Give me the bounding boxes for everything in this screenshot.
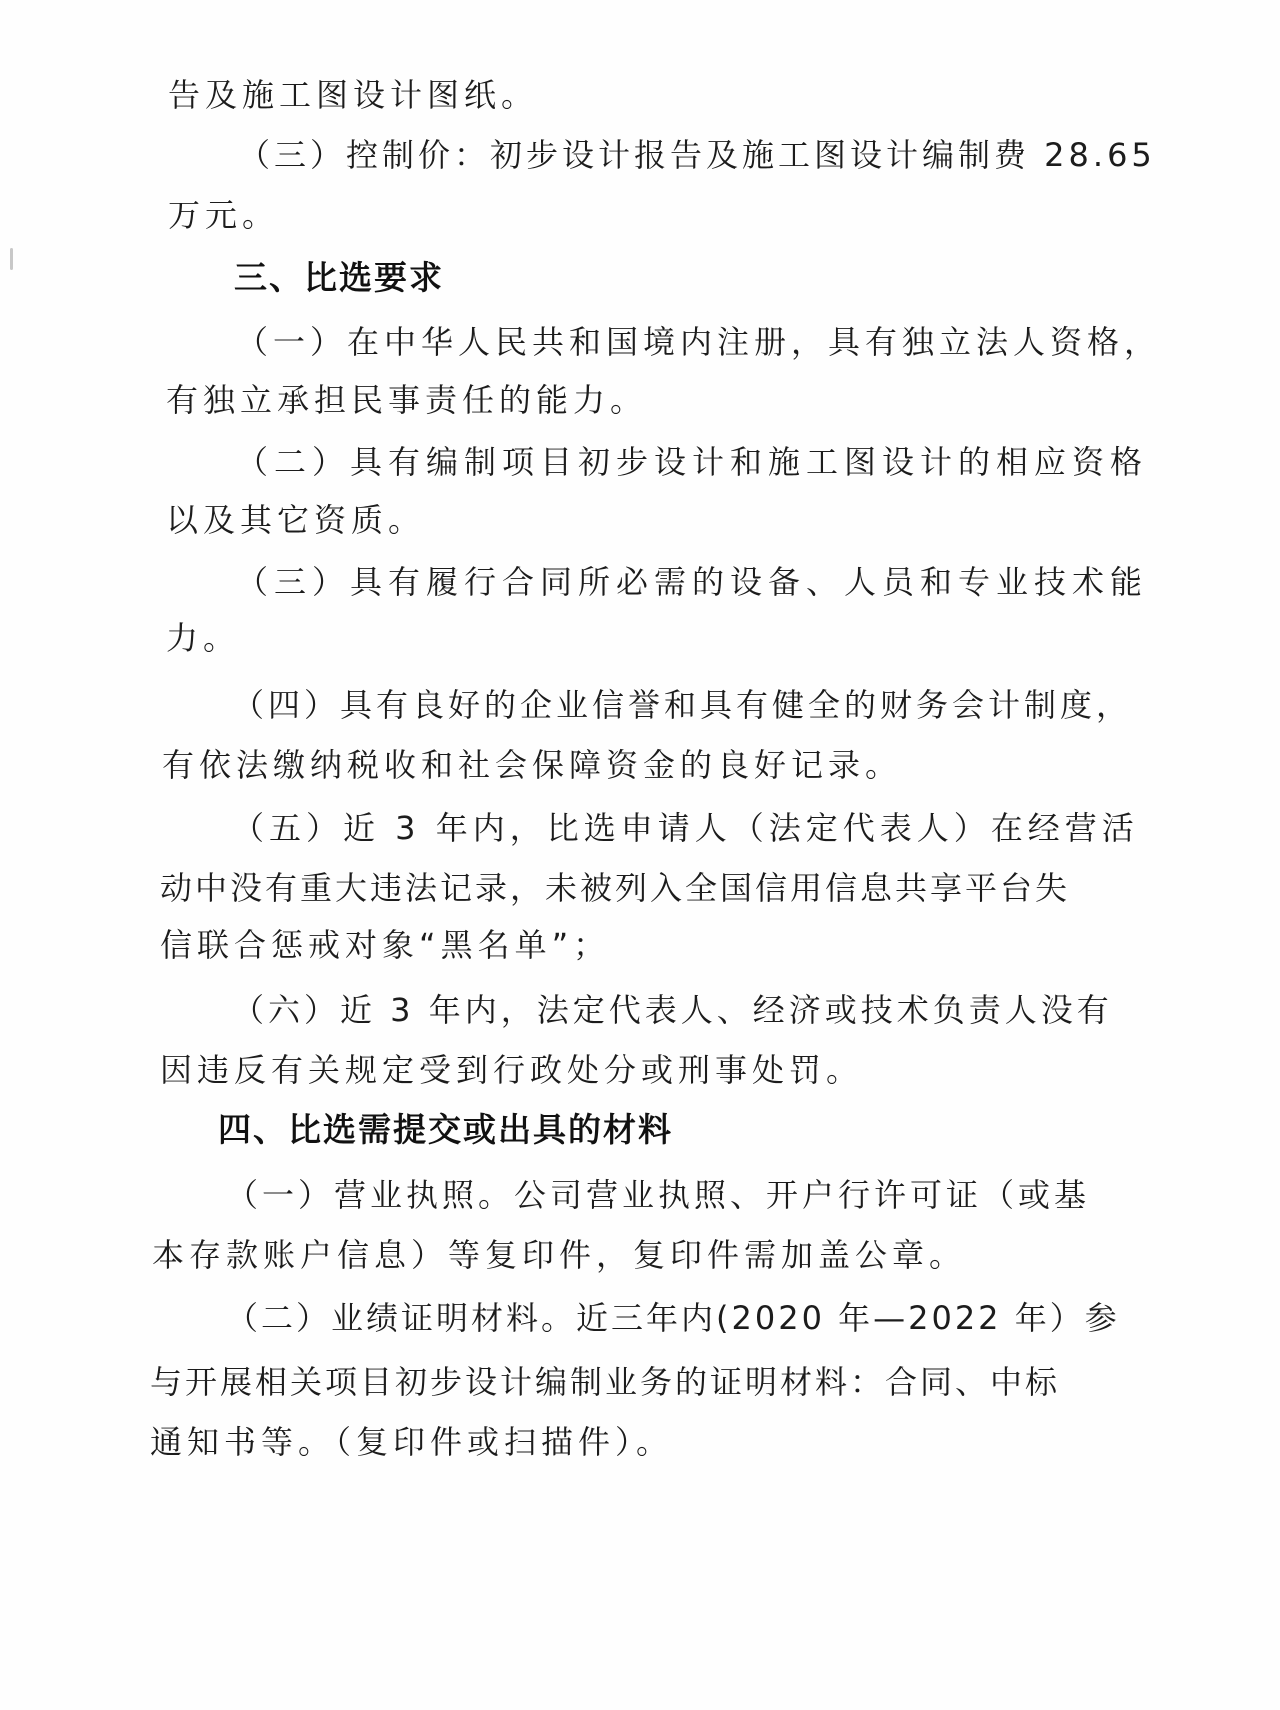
requirement-2-line1: （二）具有编制项目初步设计和施工图设计的相应资格 xyxy=(236,442,1148,482)
requirement-4-line2: 有依法缴纳税收和社会保障资金的良好记录。 xyxy=(162,745,902,785)
control-price-line-cont: 万元。 xyxy=(168,195,279,235)
section-heading-materials: 四、比选需提交或出具的材料 xyxy=(218,1110,673,1150)
material-2-line2: 与开展相关项目初步设计编制业务的证明材料：合同、中标 xyxy=(150,1362,1060,1402)
requirement-3-line2: 力。 xyxy=(166,618,240,658)
requirement-6-line1: （六）近 3 年内，法定代表人、经济或技术负责人没有 xyxy=(232,990,1113,1030)
requirement-5-line2: 动中没有重大违法记录，未被列入全国信用信息共享平台失 xyxy=(160,868,1070,908)
requirement-6-line2: 因违反有关规定受到行政处分或刑事处罚。 xyxy=(160,1050,863,1090)
requirement-4-line1: （四）具有良好的企业信誉和具有健全的财务会计制度， xyxy=(232,685,1132,725)
requirement-3-line1: （三）具有履行合同所必需的设备、人员和专业技术能 xyxy=(236,562,1148,602)
scan-artifact xyxy=(10,248,13,270)
intro-line: 告及施工图设计图纸。 xyxy=(168,75,538,115)
requirement-1-line1: （一）在中华人民共和国境内注册，具有独立法人资格， xyxy=(236,322,1161,362)
document-page: 告及施工图设计图纸。 （三）控制价：初步设计报告及施工图设计编制费 28.65 … xyxy=(0,0,1280,1710)
material-2-line3: 通知书等。（复印件或扫描件）。 xyxy=(150,1422,673,1462)
requirement-5-line1: （五）近 3 年内，比选申请人（法定代表人）在经营活 xyxy=(232,808,1139,848)
section-heading-requirements: 三、比选要求 xyxy=(234,258,444,298)
material-1-line1: （一）营业执照。公司营业执照、开户行许可证（或基 xyxy=(226,1175,1090,1215)
material-2-line1: （二）业绩证明材料。近三年内(2020 年—2022 年）参 xyxy=(226,1298,1120,1338)
control-price-line: （三）控制价：初步设计报告及施工图设计编制费 28.65 xyxy=(238,135,1156,175)
material-1-line2: 本存款账户信息）等复印件，复印件需加盖公章。 xyxy=(152,1235,966,1275)
requirement-1-line2: 有独立承担民事责任的能力。 xyxy=(166,380,647,420)
requirement-2-line2: 以及其它资质。 xyxy=(166,500,425,540)
requirement-5-line3: 信联合惩戒对象“黑名单”； xyxy=(160,925,610,965)
